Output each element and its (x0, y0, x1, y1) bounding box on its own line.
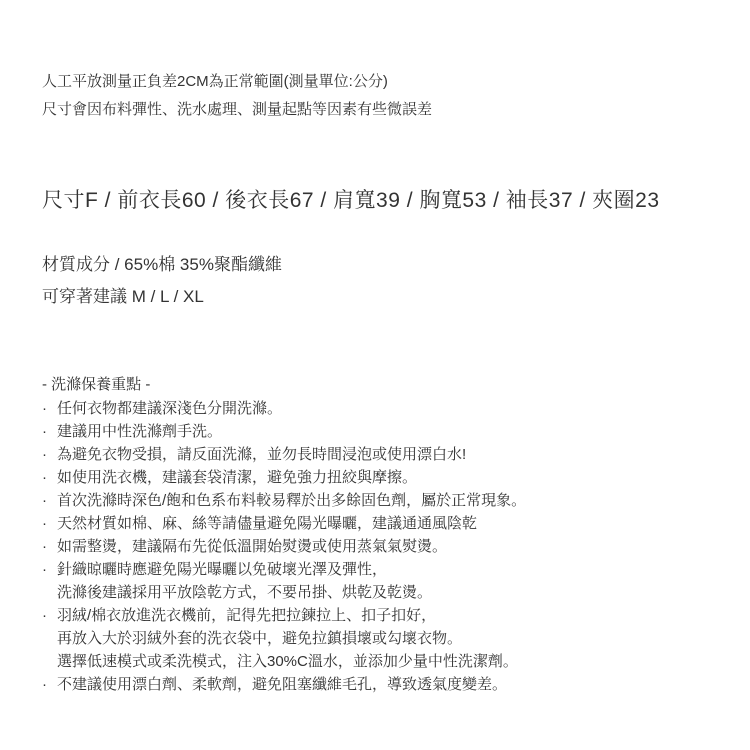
care-item-line: ·建議用中性洗滌劑手洗。 (42, 420, 526, 443)
care-item-line: ·如需整燙，建議隔布先從低溫開始熨燙或使用蒸氣氣熨燙。 (42, 535, 526, 558)
bullet-dot: · (42, 673, 57, 696)
care-item-line: ·不建議使用漂白劑、柔軟劑，避免阻塞纖維毛孔，導致透氣度變差。 (42, 673, 526, 696)
care-item-text: 如使用洗衣機，建議套袋清潔，避免強力扭絞與摩擦。 (57, 469, 417, 486)
care-item-text: 如需整燙，建議隔布先從低溫開始熨燙或使用蒸氣氣熨燙。 (57, 538, 447, 555)
fit-recommendation-line: 可穿著建議 M / L / XL (42, 281, 282, 313)
care-item-text: 不建議使用漂白劑、柔軟劑，避免阻塞纖維毛孔，導致透氣度變差。 (57, 676, 507, 693)
care-item-line: ·羽絨/棉衣放進洗衣機前，記得先把拉鍊拉上、扣子扣好， (42, 604, 526, 627)
care-instructions-section: - 洗滌保養重點 - ·任何衣物都建議深淺色分開洗滌。 ·建議用中性洗滌劑手洗。… (42, 373, 526, 696)
care-item-continuation-line: 選擇低速模式或柔洗模式，注入30%C溫水，並添加少量中性洗潔劑。 (42, 650, 526, 673)
measurement-note-line1: 人工平放測量正負差2CM為正常範圍(測量單位:公分) (42, 68, 432, 96)
measurement-note-line2: 尺寸會因布料彈性、洗水處理、測量起點等因素有些微誤差 (42, 96, 432, 124)
care-item-text: 天然材質如棉、麻、絲等請儘量避免陽光曝曬，建議通通風陰乾 (57, 515, 477, 532)
bullet-dot: · (42, 397, 57, 420)
care-item-text: 選擇低速模式或柔洗模式，注入30%C溫水，並添加少量中性洗潔劑。 (57, 653, 518, 670)
care-item-continuation-line: 洗滌後建議採用平放陰乾方式，不要吊掛、烘乾及乾燙。 (42, 581, 526, 604)
measurement-notes: 人工平放測量正負差2CM為正常範圍(測量單位:公分) 尺寸會因布料彈性、洗水處理… (42, 68, 432, 124)
care-item-text: 針織晾曬時應避免陽光曝曬以免破壞光澤及彈性， (57, 561, 387, 578)
bullet-dot: · (42, 558, 57, 581)
care-item-continuation-line: 再放入大於羽絨外套的洗衣袋中，避免拉鎮損壞或勾壞衣物。 (42, 627, 526, 650)
care-item-text: 為避免衣物受損，請反面洗滌，並勿長時間浸泡或使用漂白水! (57, 446, 466, 463)
care-item-text: 再放入大於羽絨外套的洗衣袋中，避免拉鎮損壞或勾壞衣物。 (57, 630, 462, 647)
bullet-dot: · (42, 604, 57, 627)
care-item-line: ·針織晾曬時應避免陽光曝曬以免破壞光澤及彈性， (42, 558, 526, 581)
care-item-text: 首次洗滌時深色/飽和色系布料較易釋於出多餘固色劑，屬於正常現象。 (57, 492, 526, 509)
care-item-line: ·為避免衣物受損，請反面洗滌，並勿長時間浸泡或使用漂白水! (42, 443, 526, 466)
care-item-text: 任何衣物都建議深淺色分開洗滌。 (57, 400, 282, 417)
care-item-line: ·任何衣物都建議深淺色分開洗滌。 (42, 397, 526, 420)
product-description-page: 人工平放測量正負差2CM為正常範圍(測量單位:公分) 尺寸會因布料彈性、洗水處理… (0, 0, 750, 750)
material-composition-line: 材質成分 / 65%棉 35%聚酯纖維 (42, 249, 282, 281)
care-item-text: 建議用中性洗滌劑手洗。 (57, 423, 222, 440)
size-spec-line: 尺寸F / 前衣長60 / 後衣長67 / 肩寬39 / 胸寬53 / 袖長37… (42, 184, 660, 214)
care-item-line: ·如使用洗衣機，建議套袋清潔，避免強力扭絞與摩擦。 (42, 466, 526, 489)
care-item-line: ·首次洗滌時深色/飽和色系布料較易釋於出多餘固色劑，屬於正常現象。 (42, 489, 526, 512)
material-fit-block: 材質成分 / 65%棉 35%聚酯纖維 可穿著建議 M / L / XL (42, 249, 282, 313)
bullet-dot: · (42, 420, 57, 443)
bullet-dot: · (42, 466, 57, 489)
care-item-text: 羽絨/棉衣放進洗衣機前，記得先把拉鍊拉上、扣子扣好， (57, 607, 436, 624)
care-item-text: 洗滌後建議採用平放陰乾方式，不要吊掛、烘乾及乾燙。 (57, 584, 432, 601)
care-section-title: - 洗滌保養重點 - (42, 373, 526, 396)
bullet-dot: · (42, 535, 57, 558)
bullet-dot: · (42, 443, 57, 466)
bullet-dot: · (42, 512, 57, 535)
bullet-dot: · (42, 489, 57, 512)
care-item-line: ·天然材質如棉、麻、絲等請儘量避免陽光曝曬，建議通通風陰乾 (42, 512, 526, 535)
